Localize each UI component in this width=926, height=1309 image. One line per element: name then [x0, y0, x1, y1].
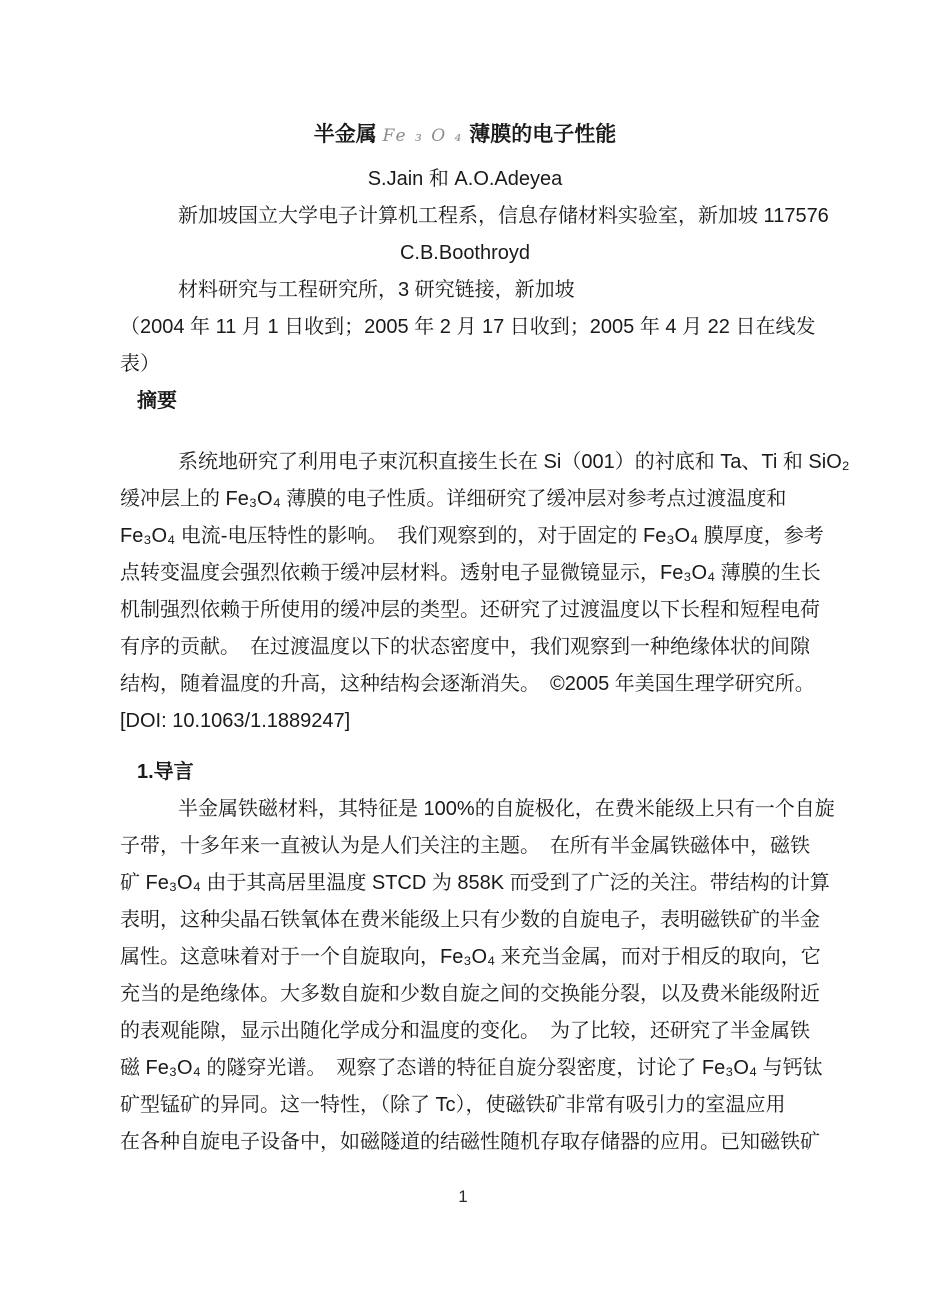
- abstract-line: 结构，随着温度的升高，这种结构会逐渐消失。 ©2005 年美国生理学研究所。: [120, 666, 810, 703]
- intro-line: 半金属铁磁材料，其特征是 100%的自旋极化，在费米能级上只有一个自旋: [120, 791, 810, 828]
- abstract-line: 机制强烈依赖于所使用的缓冲层的类型。还研究了过渡温度以下长程和短程电荷: [120, 592, 810, 629]
- affiliation-line-1: 新加坡国立大学电子计算机工程系，信息存储材料实验室，新加坡 117576: [120, 198, 810, 235]
- intro-line: 子带，十多年来一直被认为是人们关注的主题。 在所有半金属铁磁体中，磁铁: [120, 828, 810, 865]
- paper-title: 半金属 Fe ₃ O ₄ 薄膜的电子性能: [120, 116, 810, 155]
- title-formula-fe3o4: Fe ₃ O ₄: [383, 126, 464, 146]
- abstract-heading: 摘要: [120, 383, 810, 420]
- received-dates-line-2: 表）: [120, 346, 810, 383]
- intro-line: 的表观能隙，显示出随化学成分和温度的变化。 为了比较，还研究了半金属铁: [120, 1013, 810, 1050]
- intro-line: 属性。这意味着对于一个自旋取向，Fe₃O₄ 来充当金属，而对于相反的取向，它: [120, 939, 810, 976]
- title-prefix: 半金属: [314, 123, 383, 146]
- abstract-doi-line: [DOI: 10.1063/1.1889247]: [120, 703, 810, 740]
- intro-line: 矿 Fe₃O₄ 由于其高居里温度 STCD 为 858K 而受到了广泛的关注。带…: [120, 865, 810, 902]
- title-suffix: 薄膜的电子性能: [463, 123, 616, 146]
- intro-line: 在各种自旋电子设备中，如磁隧道的结磁性随机存取存储器的应用。已知磁铁矿: [120, 1124, 810, 1161]
- abstract-line: 有序的贡献。 在过渡温度以下的状态密度中，我们观察到一种绝缘体状的间隙: [120, 629, 810, 666]
- abstract-line: Fe₃O₄ 电流-电压特性的影响。 我们观察到的，对于固定的 Fe₃O₄ 膜厚度…: [120, 518, 810, 555]
- abstract-paragraph: 系统地研究了利用电子束沉积直接生长在 Si（001）的衬底和 Ta、Ti 和 S…: [120, 444, 810, 740]
- introduction-heading: 1.导言: [120, 754, 810, 791]
- intro-line: 充当的是绝缘体。大多数自旋和少数自旋之间的交换能分裂，以及费米能级附近: [120, 976, 810, 1013]
- page-number: 1: [0, 1186, 926, 1208]
- introduction-paragraph: 半金属铁磁材料，其特征是 100%的自旋极化，在费米能级上只有一个自旋 子带，十…: [120, 791, 810, 1161]
- abstract-line: 缓冲层上的 Fe₃O₄ 薄膜的电子性质。详细研究了缓冲层对参考点过渡温度和: [120, 481, 810, 518]
- author-line-2: C.B.Boothroyd: [120, 235, 810, 272]
- intro-line: 表明，这种尖晶石铁氧体在费米能级上只有少数的自旋电子，表明磁铁矿的半金: [120, 902, 810, 939]
- document-page: 半金属 Fe ₃ O ₄ 薄膜的电子性能 S.Jain 和 A.O.Adeyea…: [0, 0, 926, 1309]
- abstract-line: 点转变温度会强烈依赖于缓冲层材料。透射电子显微镜显示，Fe₃O₄ 薄膜的生长: [120, 555, 810, 592]
- intro-line: 矿型锰矿的异同。这一特性，（除了 Tc），使磁铁矿非常有吸引力的室温应用: [120, 1087, 810, 1124]
- authors-line: S.Jain 和 A.O.Adeyea: [120, 161, 810, 198]
- document-content: 半金属 Fe ₃ O ₄ 薄膜的电子性能 S.Jain 和 A.O.Adeyea…: [120, 0, 810, 1161]
- intro-line: 磁 Fe₃O₄ 的隧穿光谱。 观察了态谱的特征自旋分裂密度，讨论了 Fe₃O₄ …: [120, 1050, 810, 1087]
- abstract-line: 系统地研究了利用电子束沉积直接生长在 Si（001）的衬底和 Ta、Ti 和 S…: [120, 444, 810, 481]
- affiliation-line-2: 材料研究与工程研究所，3 研究链接，新加坡: [120, 272, 810, 309]
- received-dates-line-1: （2004 年 11 月 1 日收到；2005 年 2 月 17 日收到；200…: [120, 309, 810, 346]
